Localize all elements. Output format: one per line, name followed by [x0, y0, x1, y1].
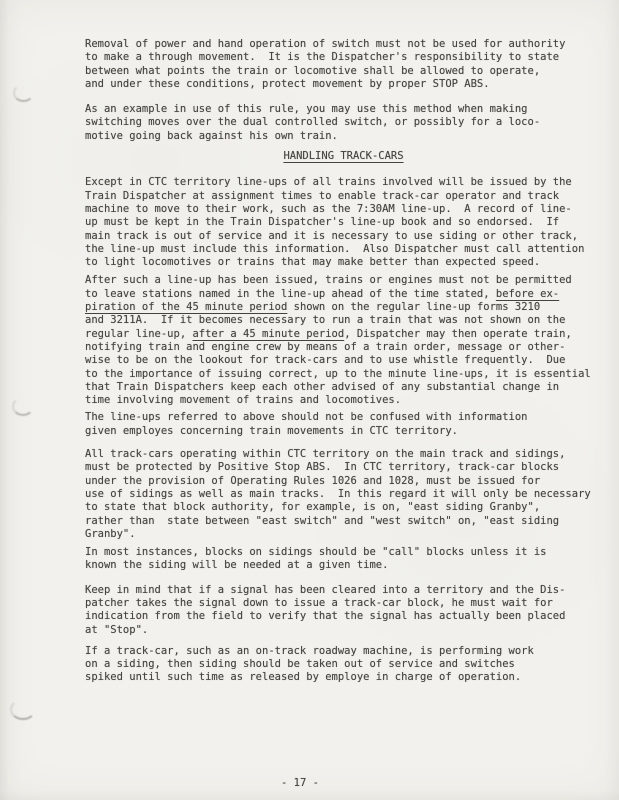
- text-line: motive going back against his own train.: [85, 130, 602, 143]
- text-segment: shown on the regular line-up forms 3210: [287, 301, 540, 313]
- text-segment: to leave stations named in the line-up a…: [85, 288, 496, 300]
- underlined-text: after a 45 minute period: [192, 328, 344, 340]
- text-line: to state that block authority, for examp…: [85, 501, 602, 514]
- paragraph-3: Except in CTC territory line-ups of all …: [85, 176, 602, 269]
- text-line: at "Stop".: [85, 624, 602, 637]
- text-line: that Train Dispatchers keep each other a…: [85, 381, 602, 394]
- text-line: to light locomotives or trains that may …: [85, 256, 602, 269]
- text-line: to leave stations named in the line-up a…: [85, 288, 602, 301]
- text-line: use of sidings as well as main tracks. I…: [85, 488, 602, 501]
- scanned-document-page: { "page": { "number_label": "- 17 -", "p…: [0, 0, 619, 800]
- page-number: - 17 -: [281, 777, 319, 789]
- text-line: Train Dispatcher at assignment times to …: [85, 190, 602, 203]
- text-line: on a siding, then siding should be taken…: [85, 658, 602, 671]
- paragraph-4: After such a line-up has been issued, tr…: [85, 274, 602, 407]
- text-line: between what points the train or locomot…: [85, 65, 602, 78]
- underlined-text: piration of the 45 minute period: [85, 301, 287, 313]
- section-heading: HANDLING TRACK-CARS: [85, 150, 602, 163]
- punch-hole-bottom: [10, 699, 36, 720]
- text-segment: , Dispatcher may then operate train,: [344, 328, 572, 340]
- text-line: up must be kept in the Train Dispatcher'…: [85, 216, 602, 229]
- text-line: All track-cars operating within CTC terr…: [85, 448, 602, 461]
- text-line: and under these conditions, protect move…: [85, 78, 602, 91]
- text-line: indication from the field to verify that…: [85, 610, 602, 623]
- text-line: In most instances, blocks on sidings sho…: [85, 546, 602, 559]
- text-line: wise to be on the lookout for track-cars…: [85, 354, 602, 367]
- underlined-text: before ex-: [496, 288, 559, 300]
- text-line: spiked until such time as released by em…: [85, 671, 602, 684]
- text-line: regular line-up, after a 45 minute perio…: [85, 328, 602, 341]
- text-line: rather than state between "east switch" …: [85, 515, 602, 528]
- punch-hole-middle: [12, 397, 34, 416]
- punch-hole-top: [13, 84, 34, 102]
- text-line: known the siding will be needed at a giv…: [85, 559, 602, 572]
- text-line: under the provision of Operating Rules 1…: [85, 475, 602, 488]
- text-line: main track is out of service and it is n…: [85, 230, 602, 243]
- paragraph-2: As an example in use of this rule, you m…: [85, 103, 602, 143]
- paragraph-6: All track-cars operating within CTC terr…: [85, 448, 602, 541]
- text-line: to the importance of issuing correct, up…: [85, 368, 602, 381]
- text-line: must be protected by Positive Stop ABS. …: [85, 461, 602, 474]
- paragraph-1: Removal of power and hand operation of s…: [85, 38, 602, 91]
- text-line: Except in CTC territory line-ups of all …: [85, 176, 602, 189]
- text-line: As an example in use of this rule, you m…: [85, 103, 602, 116]
- page-content: Removal of power and hand operation of s…: [85, 38, 602, 685]
- paragraph-8: Keep in mind that if a signal has been c…: [85, 584, 602, 637]
- text-line: patcher takes the signal down to issue a…: [85, 597, 602, 610]
- text-segment: regular line-up,: [85, 328, 192, 340]
- text-line: After such a line-up has been issued, tr…: [85, 274, 602, 287]
- text-line: Granby".: [85, 528, 602, 541]
- text-line: If a track-car, such as an on-track road…: [85, 645, 602, 658]
- paragraph-5: The line-ups referred to above should no…: [85, 411, 602, 438]
- text-line: switching moves over the dual controlled…: [85, 116, 602, 129]
- text-line: the line-up must include this informatio…: [85, 243, 602, 256]
- paragraph-7: In most instances, blocks on sidings sho…: [85, 546, 602, 573]
- text-line: given employes concerning train movement…: [85, 425, 602, 438]
- text-line: time involving movement of trains and lo…: [85, 394, 602, 407]
- text-line: piration of the 45 minute period shown o…: [85, 301, 602, 314]
- text-line: to make a through movement. It is the Di…: [85, 51, 602, 64]
- text-line: The line-ups referred to above should no…: [85, 411, 602, 424]
- paragraph-9: If a track-car, such as an on-track road…: [85, 645, 602, 685]
- text-line: and 3211A. If it becomes necessary to ru…: [85, 314, 602, 327]
- text-line: Removal of power and hand operation of s…: [85, 38, 602, 51]
- text-line: machine to move to their work, such as t…: [85, 203, 602, 216]
- text-line: Keep in mind that if a signal has been c…: [85, 584, 602, 597]
- text-line: notifying train and engine crew by means…: [85, 341, 602, 354]
